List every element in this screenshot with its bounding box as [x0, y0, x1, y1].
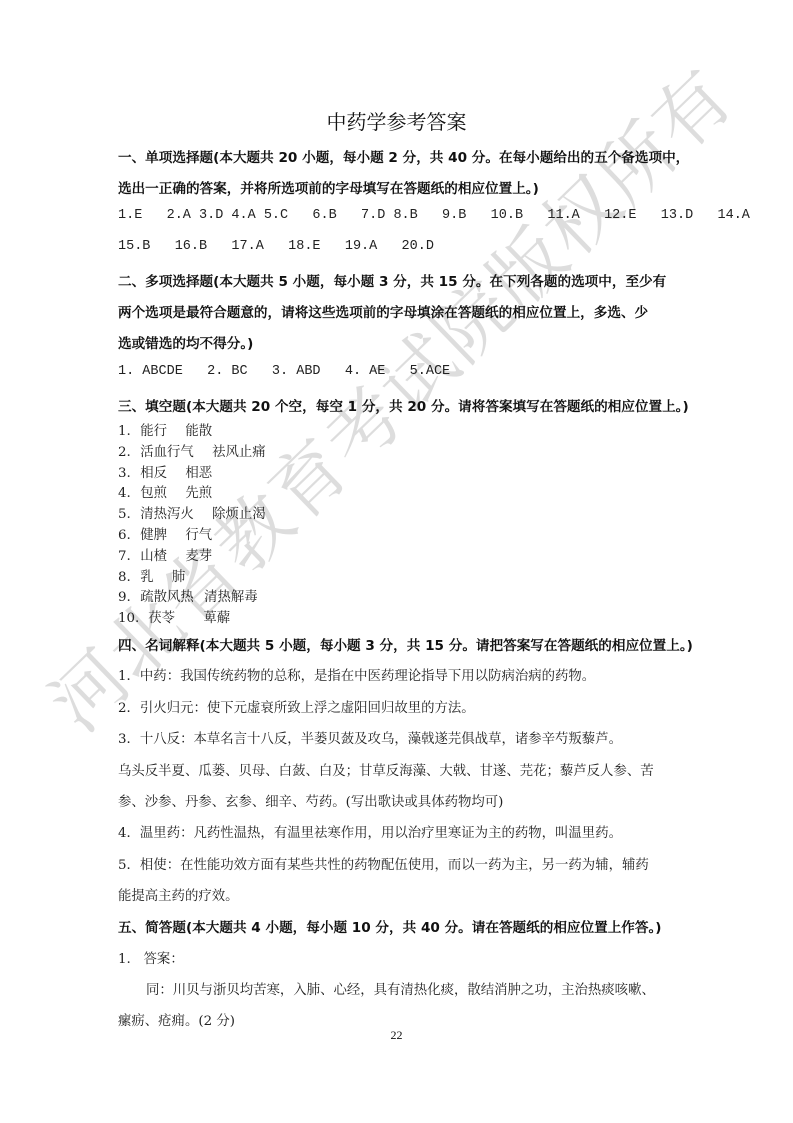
fill-item: 4. 包煎 先煎 — [118, 482, 212, 501]
term-item-continued: 参、沙参、丹参、玄参、细辛、芍药。(写出歌诀或具体药物均可) — [118, 791, 503, 810]
fill-item-answer-a: 包煎 — [140, 486, 167, 501]
fill-item: 10. 茯苓 萆薢 — [118, 607, 230, 626]
fill-item: 9. 疏散风热 清热解毒 — [118, 586, 258, 605]
fill-item-number: 3. — [118, 466, 136, 481]
fill-item-number: 4. — [118, 486, 136, 501]
fill-item-number: 10. — [118, 611, 144, 626]
fill-item-answer-b: 能散 — [185, 424, 212, 439]
term-item: 4．温里药：凡药性温热，有温里祛寒作用，用以治疗里寒证为主的药物，叫温里药。 — [118, 822, 622, 841]
fill-item: 5. 清热泻火 除烦止渴 — [118, 503, 266, 522]
section5-heading: 五、简答题(本大题共 4 小题，每小题 10 分，共 40 分。请在答题纸的相应… — [118, 916, 662, 936]
fill-item: 2. 活血行气 祛风止痛 — [118, 441, 266, 460]
fill-item-number: 1. — [118, 424, 136, 439]
fill-item: 8. 乳 肺 — [118, 566, 185, 585]
section1-heading-line1: 一、单项选择题(本大题共 20 小题，每小题 2 分，共 40 分。在每小题给出… — [118, 146, 689, 166]
fill-item-answer-a: 能行 — [140, 424, 167, 439]
fill-item-answer-a: 茯苓 — [148, 611, 175, 626]
section2-heading-line1: 二、多项选择题(本大题共 5 小题，每小题 3 分，共 15 分。在下列各题的选… — [118, 270, 666, 290]
fill-item-answer-b: 麦芽 — [185, 549, 212, 564]
term-item: 5．相使：在性能功效方面有某些共性的药物配伍使用，而以一药为主，另一药为辅，辅药 — [118, 854, 649, 873]
fill-item-answer-a: 活血行气 — [140, 445, 194, 460]
fill-item-answer-a: 相反 — [140, 466, 167, 481]
fill-item: 1. 能行 能散 — [118, 420, 212, 439]
fill-item-number: 8. — [118, 570, 136, 585]
fill-item-answer-b: 萆薢 — [203, 611, 230, 626]
fill-item-answer-b: 肺 — [172, 570, 185, 585]
fill-item-answer-b: 清热解毒 — [204, 590, 258, 605]
page-title: 中药学参考答案 — [0, 106, 793, 135]
section1-heading-line2: 选出一正确的答案，并将所选项前的字母填写在答题纸的相应位置上。) — [118, 177, 539, 197]
section1-answers-line2: 15.B 16.B 17.A 18.E 19.A 20.D — [118, 239, 434, 254]
fill-item-number: 9. — [118, 590, 136, 605]
fill-item-number: 2. — [118, 445, 136, 460]
section2-answers: 1. ABCDE 2. BC 3. ABD 4. AE 5.ACE — [118, 364, 450, 379]
fill-item-answer-b: 行气 — [185, 528, 212, 543]
short-answer-text-continued: 瘰疬、疮痈。(2 分) — [118, 1010, 235, 1029]
fill-item-answer-b: 先煎 — [185, 486, 212, 501]
fill-item: 3. 相反 相恶 — [118, 462, 212, 481]
page-number: 22 — [0, 1028, 793, 1043]
fill-item: 7. 山楂 麦芽 — [118, 545, 212, 564]
term-item-continued: 能提高主药的疗效。 — [118, 885, 239, 904]
fill-item-number: 6. — [118, 528, 136, 543]
fill-item-answer-a: 乳 — [140, 570, 153, 585]
section4-heading: 四、名词解释(本大题共 5 小题，每小题 3 分，共 15 分。请把答案写在答题… — [118, 634, 693, 654]
section3-heading: 三、填空题(本大题共 20 个空，每空 1 分，共 20 分。请将答案填写在答题… — [118, 395, 689, 415]
fill-item-answer-b: 祛风止痛 — [212, 445, 266, 460]
term-item: 2．引火归元：使下元虚衰所致上浮之虚阳回归故里的方法。 — [118, 697, 475, 716]
fill-item: 6. 健脾 行气 — [118, 524, 212, 543]
term-item: 1．中药：我国传统药物的总称，是指在中医药理论指导下用以防病治病的药物。 — [118, 665, 595, 684]
fill-item-answer-a: 山楂 — [140, 549, 167, 564]
fill-item-number: 7. — [118, 549, 136, 564]
fill-item-answer-a: 健脾 — [140, 528, 167, 543]
term-item: 3．十八反：本草名言十八反，半蒌贝蔹及攻乌，藻戟遂芫俱战草，诸参辛芍叛藜芦。 — [118, 728, 622, 747]
fill-item-number: 5. — [118, 507, 136, 522]
section2-heading-line3: 选或错选的均不得分。) — [118, 332, 253, 352]
short-answer-text: 同：川贝与浙贝均苦寒，入肺、心经，具有清热化痰，散结消肿之功，主治热痰咳嗽、 — [118, 979, 655, 998]
section2-heading-line2: 两个选项是最符合题意的，请将这些选项前的字母填涂在答题纸的相应位置上，多选、少 — [118, 301, 648, 321]
fill-item-answer-b: 相恶 — [185, 466, 212, 481]
term-item-continued: 乌头反半夏、瓜蒌、贝母、白蔹、白及；甘草反海藻、大戟、甘遂、芫花；藜芦反人参、苦 — [118, 760, 654, 779]
fill-item-answer-a: 疏散风热 — [140, 590, 194, 605]
fill-item-answer-a: 清热泻火 — [140, 507, 194, 522]
short-answer-label: 1. 答案： — [118, 948, 184, 967]
section1-answers-line1: 1.E 2.A 3.D 4.A 5.C 6.B 7.D 8.B 9.B 10.B… — [118, 208, 750, 223]
fill-item-answer-b: 除烦止渴 — [212, 507, 266, 522]
answer-page: 中药学参考答案 一、单项选择题(本大题共 20 小题，每小题 2 分，共 40 … — [0, 0, 793, 1123]
